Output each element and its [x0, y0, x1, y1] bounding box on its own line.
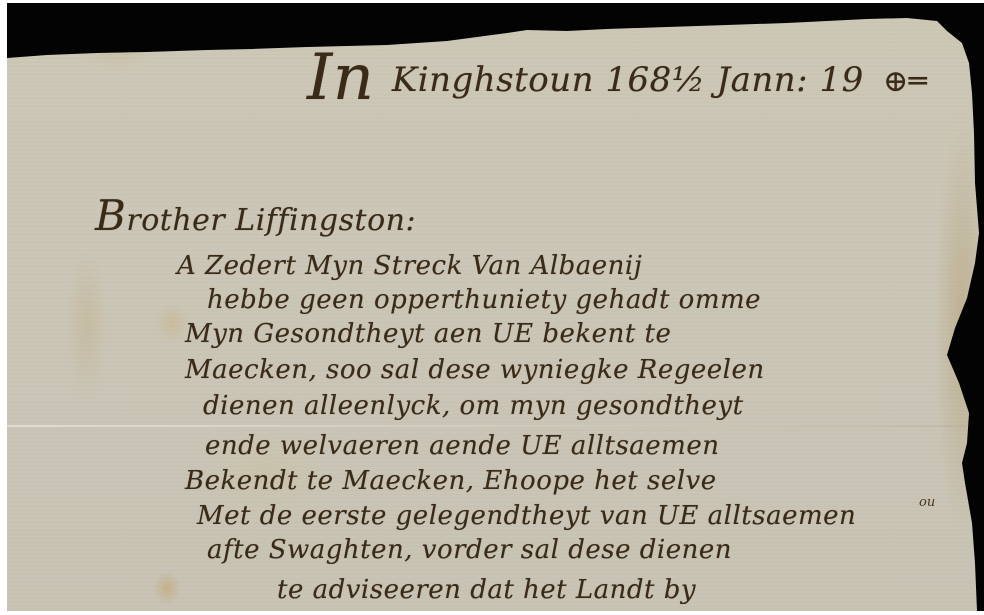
interlinear-note: ou	[919, 495, 935, 510]
letter-salutation: Brother Liffingston:	[95, 191, 416, 240]
body-line-7: Bekendt te Maecken, Ehoope het selve	[185, 466, 717, 496]
body-line-4: Maecken, soo sal dese wyniegke Regeelen	[185, 355, 765, 385]
body-line-5: dienen alleenlyck, om myn gesondtheyt	[203, 391, 744, 421]
body-line-9: afte Swaghten, vorder sal dese dienen	[207, 535, 732, 565]
image-frame: In Kinghstoun 168½ Jann: 19 ⊕═ Brother L…	[7, 3, 984, 611]
body-line-6: ende welvaeren aende UE alltsaemen	[205, 431, 719, 461]
heading-capital: In	[307, 41, 375, 115]
heading-flourish-icon: ⊕═	[883, 64, 927, 99]
body-line-8: Met de eerste gelegendtheyt van UE allts…	[197, 501, 856, 531]
body-line-3: Myn Gesondtheyt aen UE bekent te	[185, 319, 671, 349]
body-line-10: te adviseeren dat het Landt by	[277, 575, 696, 605]
heading-place-date: Kinghstoun 168½ Jann: 19	[392, 60, 864, 100]
letter-heading: In Kinghstoun 168½ Jann: 19 ⊕═	[307, 41, 927, 115]
body-line-2: hebbe geen opperthuniety gehadt omme	[207, 285, 761, 315]
salutation-capital: B	[95, 191, 126, 240]
salutation-text: rother Liffingston:	[126, 203, 416, 238]
paper-fold-line	[7, 425, 967, 427]
body-line-1: A Zedert Myn Streck Van Albaenij	[177, 251, 642, 281]
manuscript-paper: In Kinghstoun 168½ Jann: 19 ⊕═ Brother L…	[7, 3, 984, 611]
